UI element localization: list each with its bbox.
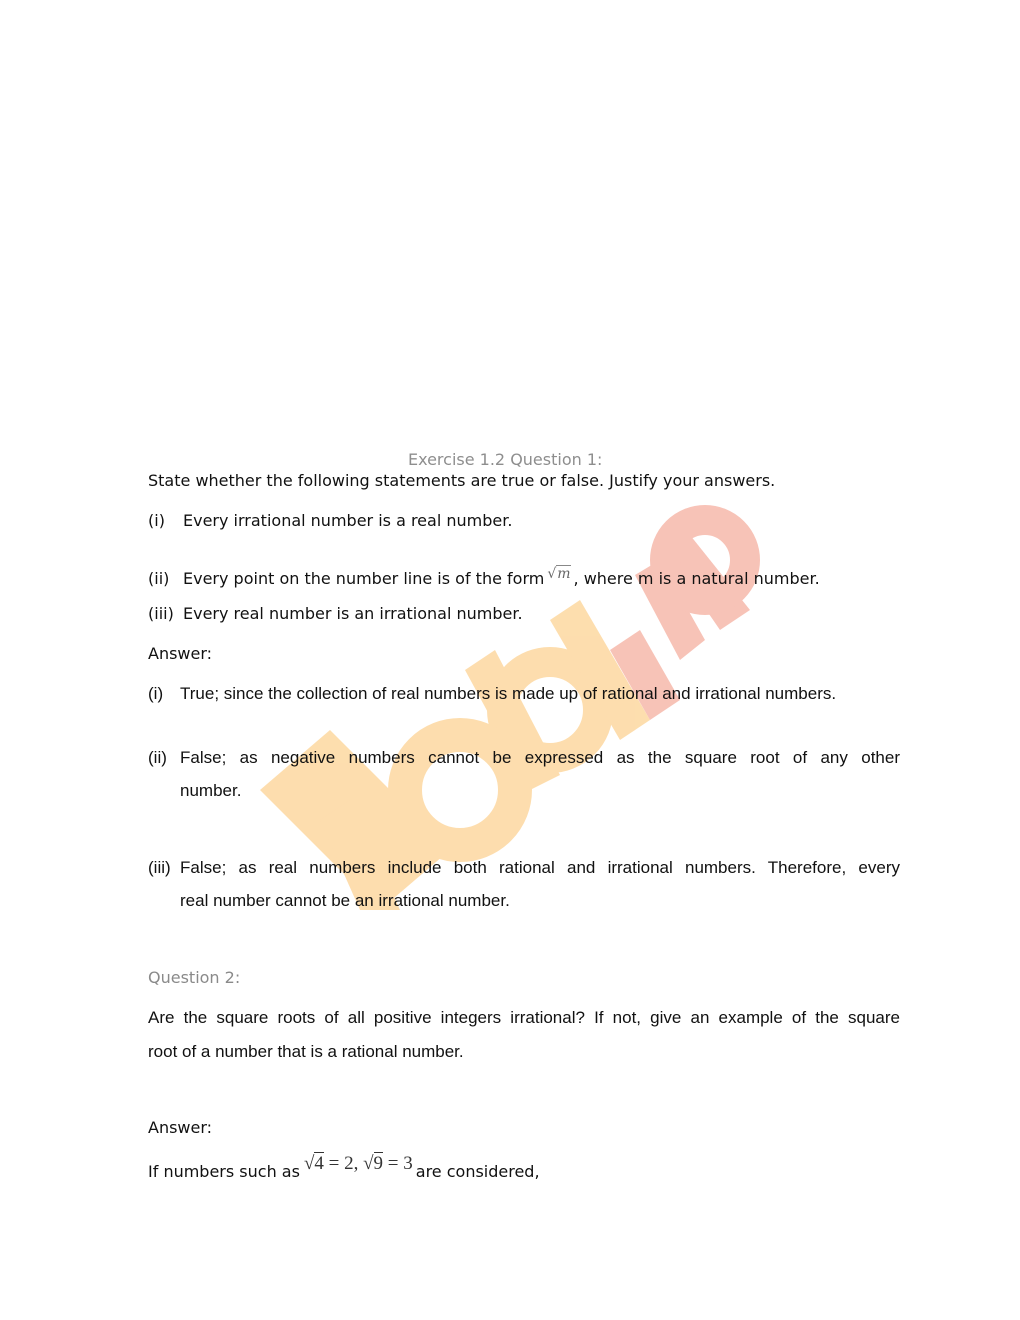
q2-prompt-line2: root of a number that is a rational numb…: [148, 1042, 464, 1062]
answer-label: (ii): [148, 748, 180, 768]
q1-statement-ii: (ii)Every point on the number line is of…: [148, 564, 820, 589]
equation-rhs-2: = 2,: [324, 1153, 363, 1174]
statement-text: Every irrational number is a real number…: [183, 511, 512, 530]
statement-text-before: Every point on the number line is of the…: [183, 569, 544, 588]
answer-text: True; since the collection of real numbe…: [180, 684, 836, 703]
sqrt-radicand-4: 4: [314, 1152, 324, 1174]
q1-answer-iii-line1: (iii)False; as real numbers include both…: [148, 858, 900, 878]
q1-prompt: State whether the following statements a…: [148, 471, 775, 491]
statement-text-after: , where m is a natural number.: [574, 569, 820, 588]
sqrt-radicand: m: [556, 565, 570, 582]
sqrt-radicand-9: 9: [374, 1152, 384, 1174]
statement-label: (ii): [148, 569, 183, 589]
answer-label: (i): [148, 684, 180, 704]
answer-label: (iii): [148, 858, 180, 878]
q2-heading: Question 2:: [148, 968, 240, 988]
statement-text: Every real number is an irrational numbe…: [183, 604, 523, 623]
q2-answer-label: Answer:: [148, 1118, 212, 1138]
document-page: Exercise 1.2 Question 1: State whether t…: [0, 0, 1020, 1320]
q2-prompt-line1: Are the square roots of all positive int…: [148, 1008, 900, 1028]
sqrt-m-formula: √m: [544, 564, 573, 584]
exercise-heading: Exercise 1.2 Question 1:: [408, 450, 602, 470]
q2-answer-text: If numbers such as√4 = 2, √9 = 3are cons…: [148, 1154, 540, 1182]
statement-label: (i): [148, 511, 183, 531]
answer-text: False; as negative numbers cannot be exp…: [180, 748, 900, 767]
q1-answer-ii-line2: number.: [180, 781, 241, 801]
q1-answer-ii-line1: (ii)False; as negative numbers cannot be…: [148, 748, 900, 768]
q1-statement-iii: (iii)Every real number is an irrational …: [148, 604, 523, 624]
q1-answer-i: (i)True; since the collection of real nu…: [148, 684, 836, 704]
q1-answer-label: Answer:: [148, 644, 212, 664]
answer-text-before: If numbers such as: [148, 1162, 300, 1181]
equation-rhs-3: = 3: [383, 1153, 413, 1174]
answer-text-after: are considered,: [416, 1162, 540, 1181]
answer-text: False; as real numbers include both rati…: [180, 858, 900, 877]
q1-statement-i: (i)Every irrational number is a real num…: [148, 511, 512, 531]
sqrt-equations-formula: √4 = 2, √9 = 3: [300, 1154, 416, 1174]
q1-answer-iii-line2: real number cannot be an irrational numb…: [180, 891, 510, 911]
statement-label: (iii): [148, 604, 183, 624]
